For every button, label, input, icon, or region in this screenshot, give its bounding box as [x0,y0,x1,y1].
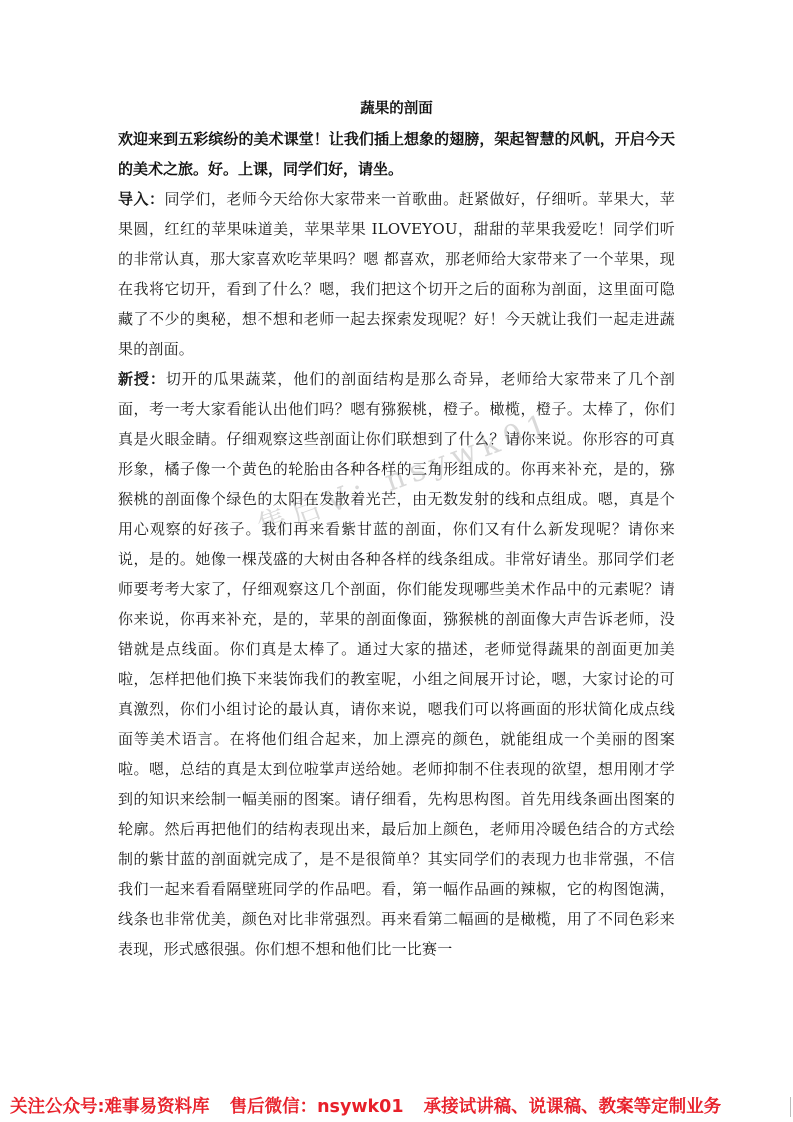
section-text-import: 同学们，老师今天给你大家带来一首歌曲。赶紧做好，仔细听。苹果大，苹果圆，红红的苹… [118,190,675,358]
page-edge-divider [790,1097,791,1117]
section-import: 导入：同学们，老师今天给你大家带来一首歌曲。赶紧做好，仔细听。苹果大，苹果圆，红… [118,184,675,364]
section-text-new-lesson: 切开的瓜果蔬菜，他们的剖面结构是那么奇异，老师给大家带来了几个剖面，考一考大家看… [118,370,675,958]
intro-paragraph: 欢迎来到五彩缤纷的美术课堂！让我们插上想象的翅膀，架起智慧的风帆，开启今天的美术… [118,124,675,184]
footer-services: 承接试讲稿、说课稿、教案等定制业务 [424,1097,722,1117]
footer-banner: 关注公众号:难事易资料库 售后微信：nsywk01 承接试讲稿、说课稿、教案等定… [0,1094,793,1120]
footer-wechat: 售后微信：nsywk01 [230,1097,404,1117]
section-new-lesson: 新授：切开的瓜果蔬菜，他们的剖面结构是那么奇异，老师给大家带来了几个剖面，考一考… [118,364,675,964]
section-label-new-lesson: 新授： [118,370,166,388]
document-title: 蔬果的剖面 [118,98,675,120]
document-page: 蔬果的剖面 欢迎来到五彩缤纷的美术课堂！让我们插上想象的翅膀，架起智慧的风帆，开… [118,98,675,964]
footer-follow-account: 关注公众号:难事易资料库 [10,1097,210,1117]
section-label-import: 导入： [118,190,164,208]
